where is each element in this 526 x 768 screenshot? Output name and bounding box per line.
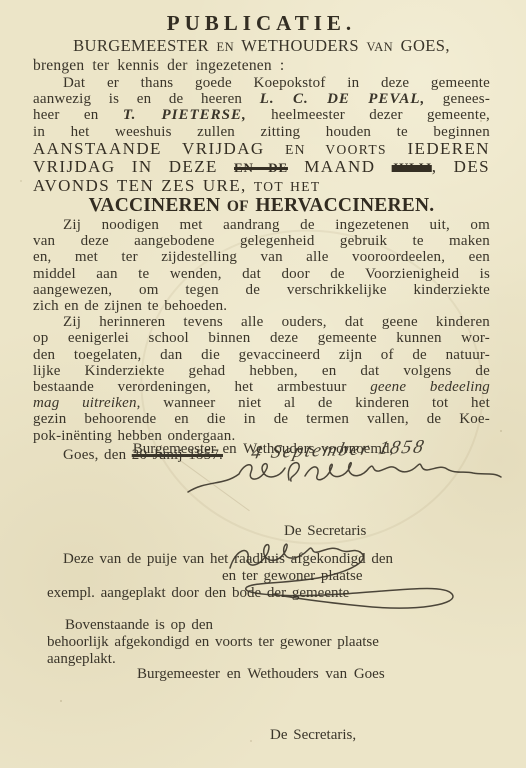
- paragraph-line: middel aan te wenden, dat door de Voorzi…: [33, 266, 490, 282]
- burgemeester-signature-icon: [185, 456, 505, 502]
- paragraph-line: mag uitreiken, wanneer niet al de kinder…: [33, 395, 490, 411]
- secretary-label-bottom: De Secretaris,: [270, 727, 356, 744]
- document-body: PUBLICATIE.BURGEMEESTER EN WETHOUDERS VA…: [0, 0, 526, 465]
- emphasis-caps-line: AVONDS TEN ZES URE, TOT HET: [33, 177, 490, 195]
- paragraph-line: den toegelaten, dan die gevaccineerd zij…: [33, 347, 490, 363]
- document-title: PUBLICATIE.: [33, 10, 490, 36]
- issuing-authority-line: BURGEMEESTER EN WETHOUDERS VAN GOES,: [33, 36, 490, 57]
- publication-note-line: Deze van de puije van het raadhuis afgek…: [63, 551, 393, 568]
- publication-note-line: behoorlijk afgekondigd en voorts ter gew…: [47, 634, 379, 651]
- publication-note-line: exempl. aangeplakt door den bode der gem…: [47, 585, 349, 602]
- publication-note-line: Bovenstaande is op den: [65, 617, 213, 634]
- paragraph-line: heer en T. PIETERSE, heelmeester dezer g…: [33, 107, 490, 123]
- paragraph-line: Dat er thans goede Koepokstof in deze ge…: [33, 75, 490, 91]
- intro-line: brengen ter kennis der ingezetenen :: [33, 57, 490, 75]
- paragraph-line: bestaande verordeningen, het armbestuur …: [33, 379, 490, 395]
- publication-note-line: en ter gewoner plaatse: [222, 568, 363, 585]
- paragraph-line: gezin behoorende en die in de termen val…: [33, 411, 490, 427]
- publication-document: PUBLICATIE.BURGEMEESTER EN WETHOUDERS VA…: [0, 0, 526, 768]
- paragraph-line: Zij herinneren tevens alle ouders, dat g…: [33, 314, 490, 330]
- paragraph-line: aangewezen, om tegen de verschrikkelijke…: [33, 282, 490, 298]
- paragraph-line: van deze aangebodene gelegenheid gebruik…: [33, 233, 490, 249]
- section-heading: VACCINEREN OF HERVACCINEREN.: [33, 195, 490, 217]
- emphasis-caps-line: AANSTAANDE VRIJDAG EN VOORTS IEDEREN: [33, 140, 490, 158]
- paragraph-line: zich en de zijnen te behoeden.: [33, 298, 490, 314]
- paragraph-line: Zij noodigen met aandrang de ingezetenen…: [33, 217, 490, 233]
- paragraph-line: op eenigerlei school binnen deze gemeent…: [33, 330, 490, 346]
- paragraph-line: en, met ter zijdestelling van alle vooro…: [33, 249, 490, 265]
- closing-authority-line: Burgemeester en Wethouders van Goes: [137, 666, 385, 683]
- paragraph-line: aanwezig is en de heeren L. C. DE PEVAL,…: [33, 91, 490, 107]
- paragraph-line: lijke Kinderziekte gehad hebben, en dat …: [33, 363, 490, 379]
- paragraph-line: in het weeshuis zullen zitting houden te…: [33, 124, 490, 140]
- emphasis-caps-line: VRIJDAG IN DEZE EN DE MAAND JULIJ, DES: [33, 158, 490, 176]
- publication-note-line: aangeplakt.: [47, 651, 116, 668]
